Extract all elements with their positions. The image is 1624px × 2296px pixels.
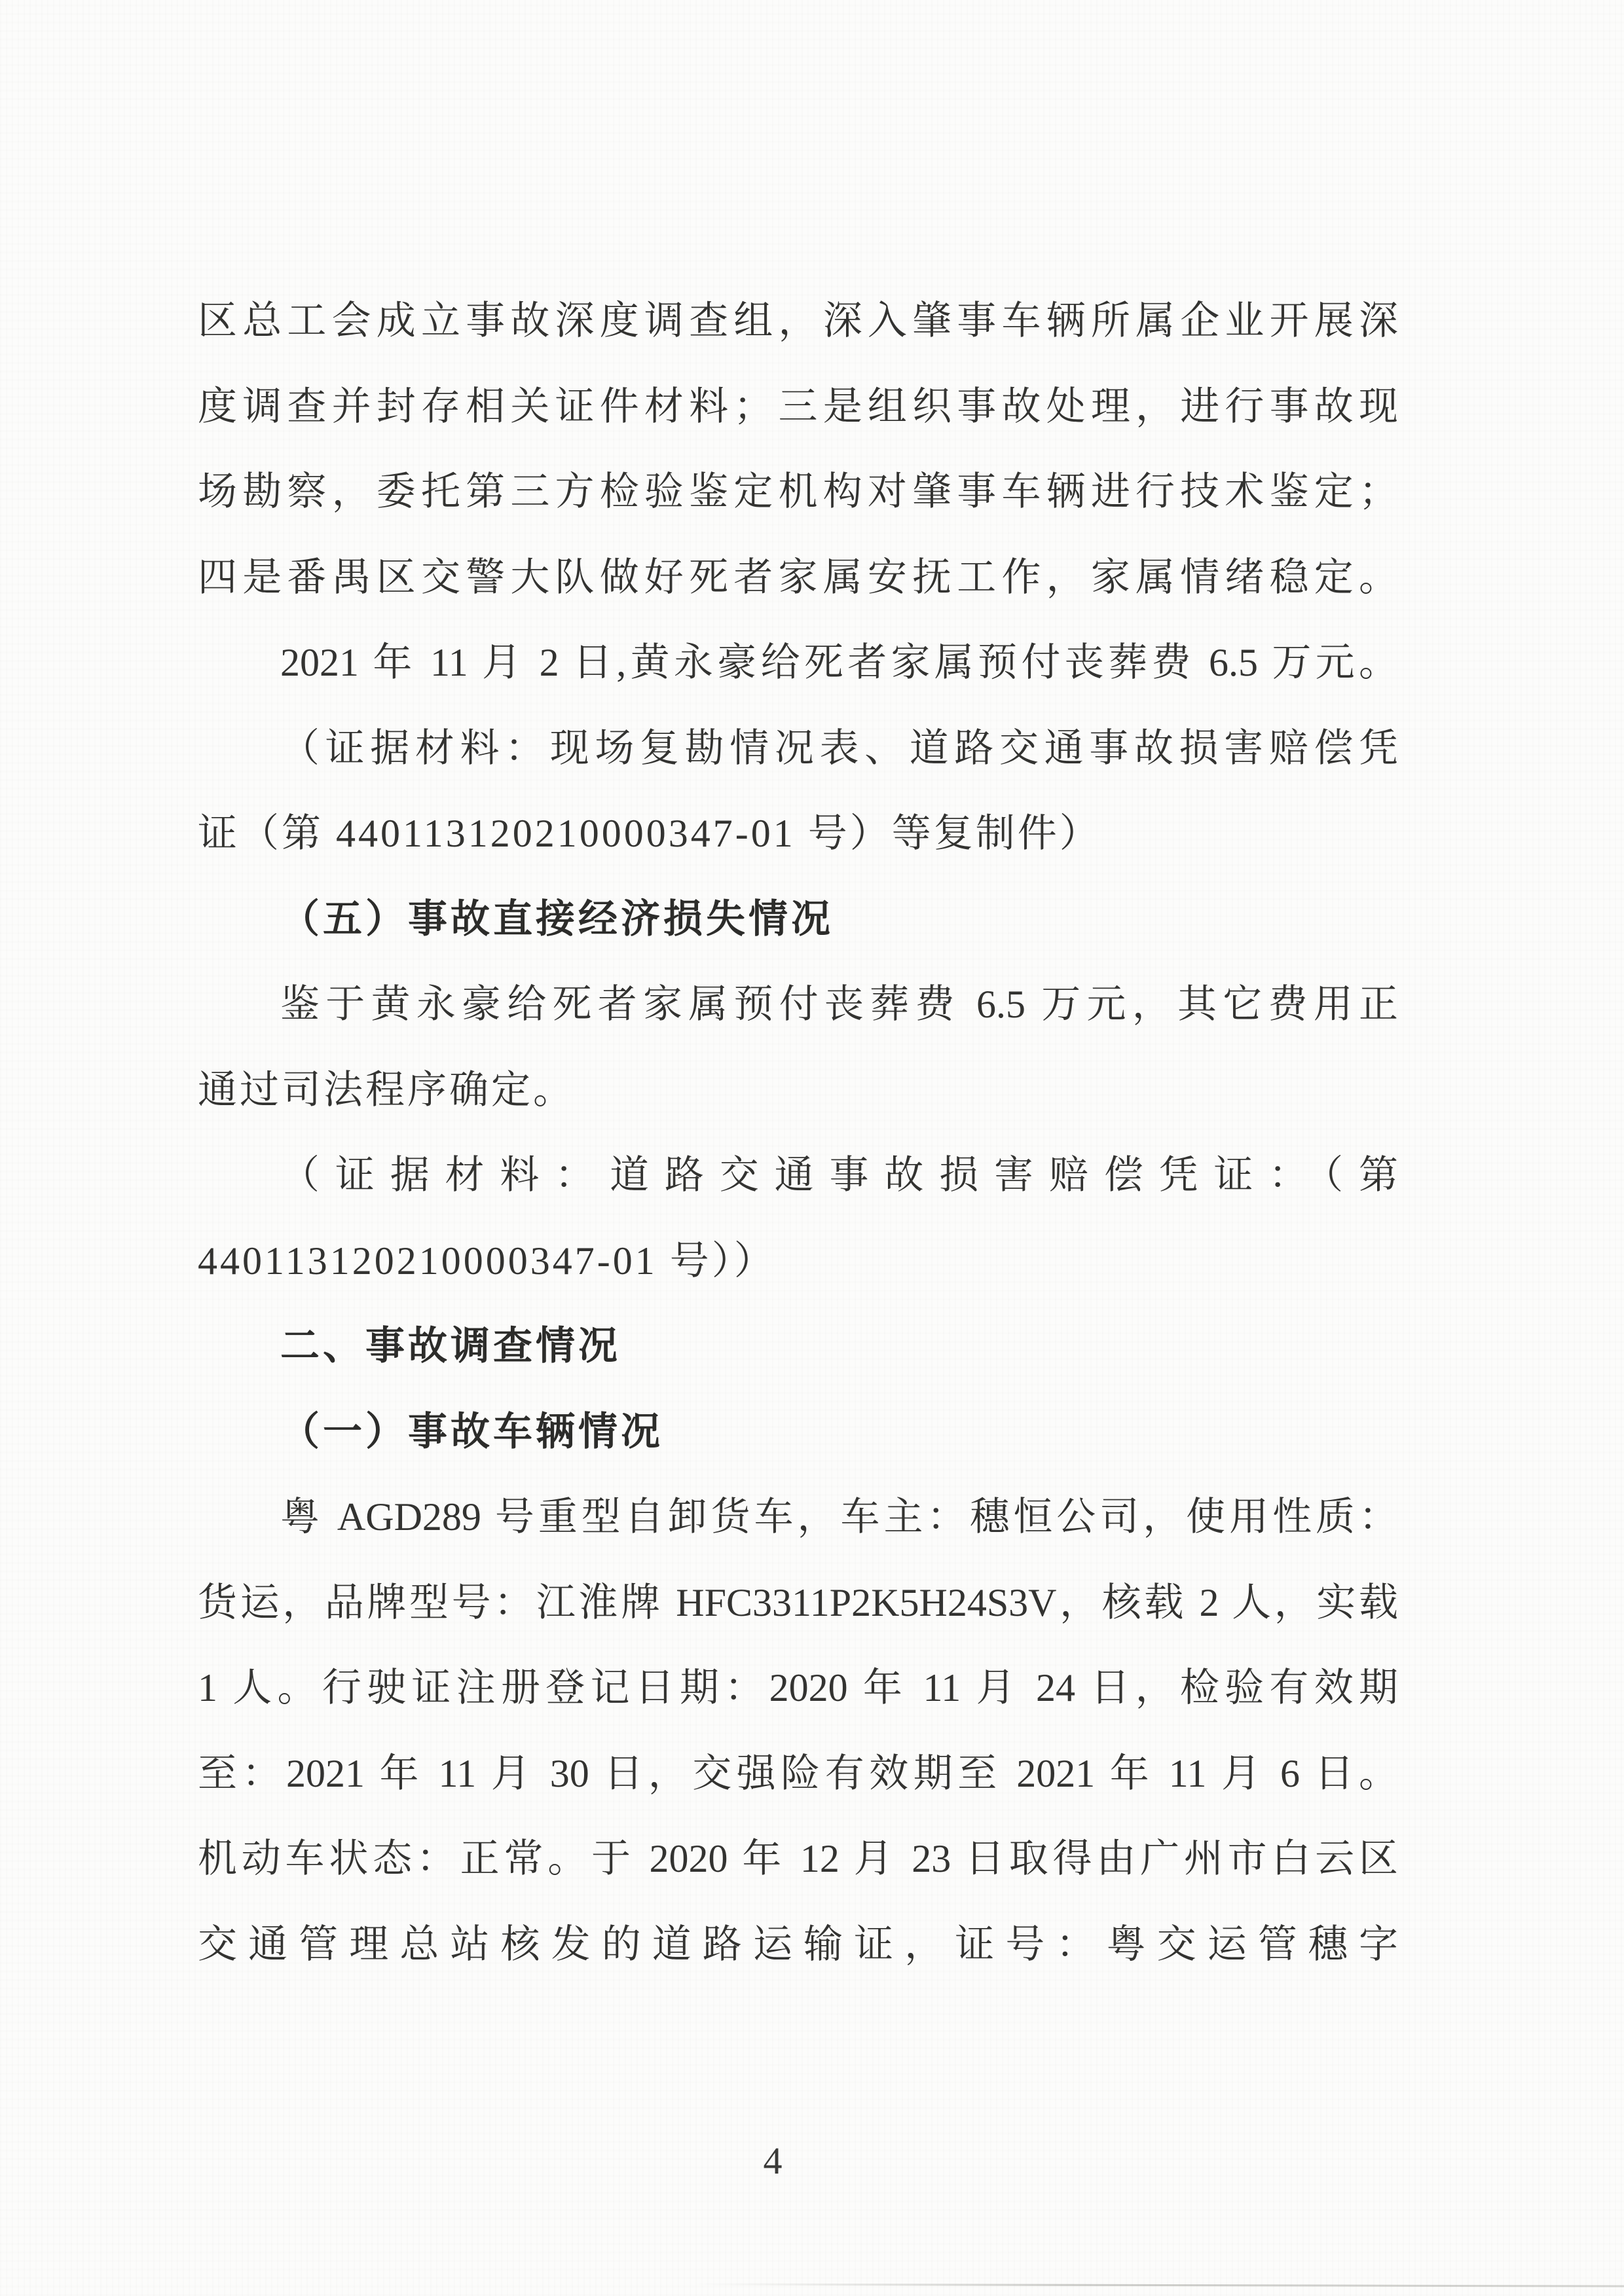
text-line: （证据材料：道路交通事故损害赔偿凭证：（第 xyxy=(198,1133,1398,1218)
scan-edge-artifact xyxy=(694,2284,1624,2287)
text-line: 至：2021 年 11 月 30 日，交强险有效期至 2021 年 11 月 6… xyxy=(198,1731,1398,1817)
text-line: 1 人。行驶证注册登记日期：2020 年 11 月 24 日，检验有效期 xyxy=(198,1645,1398,1731)
text-line: （证据材料：现场复勘情况表、道路交通事故损害赔偿凭 xyxy=(198,706,1398,792)
text-line: 通过司法程序确定。 xyxy=(198,1048,1398,1133)
text-line: 交通管理总站核发的道路运输证，证号：粤交运管穗字 xyxy=(198,1902,1398,1988)
text-line: 货运，品牌型号：江淮牌 HFC3311P2K5H24S3V，核载 2 人，实载 xyxy=(198,1560,1398,1646)
page-number: 4 xyxy=(764,2142,783,2180)
document-body: 区总工会成立事故深度调查组，深入肇事车辆所属企业开展深 度调查并封存相关证件材料… xyxy=(198,278,1398,1987)
section-heading: 二、事故调查情况 xyxy=(198,1303,1398,1389)
text-line: 四是番禺区交警大队做好死者家属安抚工作，家属情绪稳定。 xyxy=(198,535,1398,621)
text-line: 区总工会成立事故深度调查组，深入肇事车辆所属企业开展深 xyxy=(198,278,1398,364)
document-page: 区总工会成立事故深度调查组，深入肇事车辆所属企业开展深 度调查并封存相关证件材料… xyxy=(0,0,1624,2296)
text-line: 粤 AGD289 号重型自卸货车，车主：穗恒公司，使用性质： xyxy=(198,1474,1398,1560)
text-line: 场勘察，委托第三方检验鉴定机构对肇事车辆进行技术鉴定； xyxy=(198,449,1398,535)
text-line: 鉴于黄永豪给死者家属预付丧葬费 6.5 万元，其它费用正 xyxy=(198,962,1398,1048)
text-line: 440113120210000347-01 号）） xyxy=(198,1218,1398,1304)
text-line: 2021 年 11 月 2 日,黄永豪给死者家属预付丧葬费 6.5 万元。 xyxy=(198,620,1398,706)
text-line: 度调查并封存相关证件材料；三是组织事故处理，进行事故现 xyxy=(198,364,1398,450)
section-heading: （五）事故直接经济损失情况 xyxy=(198,877,1398,962)
text-line: 证（第 440113120210000347-01 号）等复制件） xyxy=(198,791,1398,877)
section-heading: （一）事故车辆情况 xyxy=(198,1389,1398,1475)
text-line: 机动车状态：正常。于 2020 年 12 月 23 日取得由广州市白云区 xyxy=(198,1816,1398,1902)
